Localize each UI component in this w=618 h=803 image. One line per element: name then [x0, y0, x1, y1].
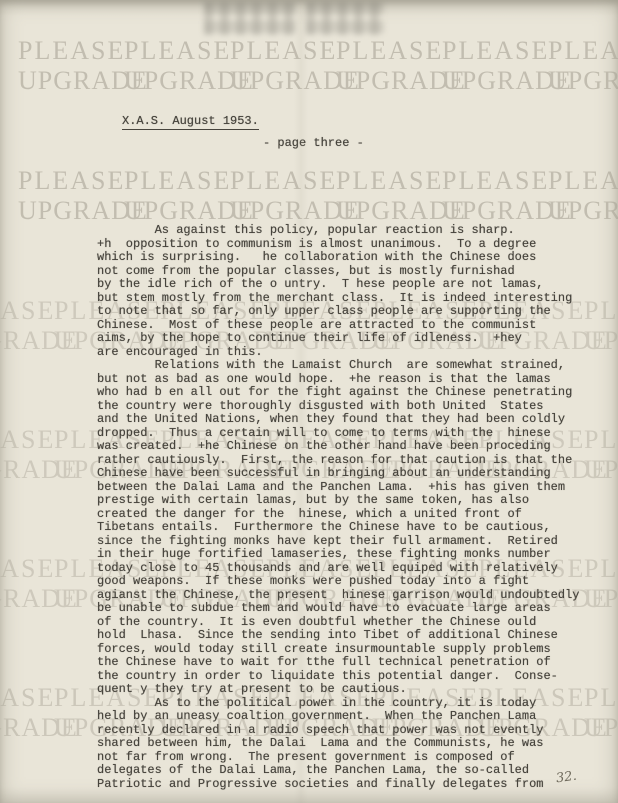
page-number-label: - page three -	[263, 136, 364, 150]
body-line: Chinese. Most of these people are attrac…	[97, 319, 602, 333]
body-line: to note that so far, only upper class pe…	[97, 305, 602, 319]
scanned-document-page: PLEASEUPGRADEPLEASEUPGRADEPLEASEUPGRADEP…	[0, 0, 618, 803]
body-line: the country were thoroughly disgusted wi…	[97, 400, 602, 414]
body-line: +h opposition to communism is almost una…	[97, 238, 602, 252]
document-body: As against this policy, popular reaction…	[97, 224, 602, 791]
body-line: As to the political power in the country…	[97, 697, 602, 711]
body-line: shared between him, the Dalai Lama and t…	[97, 737, 602, 751]
body-line: Patriotic and Progressive societies and …	[97, 778, 602, 792]
body-line: are encouraged in this.	[97, 346, 602, 360]
document-title: X.A.S. August 1953.	[122, 114, 259, 130]
body-line: today close to 45 thousands and are well…	[97, 562, 602, 576]
body-line: not far from wrong. The present governme…	[97, 751, 602, 765]
body-line: be unable to subdue them and would have …	[97, 602, 602, 616]
body-line: prestige with certain lamas, but by the …	[97, 494, 602, 508]
body-line: of the country. It is even doubtful whet…	[97, 616, 602, 630]
handwritten-page-number: 32.	[555, 769, 578, 787]
body-line: delegates of the Dalai Lama, the Panchen…	[97, 764, 602, 778]
body-line: in their huge fortified lamaseries, thes…	[97, 548, 602, 562]
typewritten-content: X.A.S. August 1953. - page three - As ag…	[0, 0, 618, 803]
body-line: Relations with the Lamaist Church are so…	[97, 359, 602, 373]
body-line: was created. +he Chinese on the other ha…	[97, 440, 602, 454]
body-line: but not as bad as one would hope. +he re…	[97, 373, 602, 387]
document-header: X.A.S. August 1953.	[122, 114, 259, 130]
body-line: not come from the popular classes, but i…	[97, 265, 602, 279]
body-line: As against this policy, popular reaction…	[97, 224, 602, 238]
body-line: who had b en all out for the fight again…	[97, 386, 602, 400]
body-line: between the Dalai Lama and the Panchen L…	[97, 481, 602, 495]
body-line: created the danger for the hinese, which…	[97, 508, 602, 522]
body-line: good weapons. If these monks were pushed…	[97, 575, 602, 589]
body-line: rather cautiously. First, the reason for…	[97, 454, 602, 468]
body-line: and the United Nations, when they found …	[97, 413, 602, 427]
body-line: by the idle rich of the o untry. T hese …	[97, 278, 602, 292]
body-line: hold Lhasa. Since the sending into Tibet…	[97, 629, 602, 643]
body-line: aims, by the hope to continue their life…	[97, 332, 602, 346]
body-line: the country in order to liquidate this p…	[97, 670, 602, 684]
body-line: held by an uneasy coaltion government. W…	[97, 710, 602, 724]
body-line: dropped. Thus a certain will to come to …	[97, 427, 602, 441]
body-line: Chinese have been successful in bringing…	[97, 467, 602, 481]
body-line: the Chinese have to wait for tthe full t…	[97, 656, 602, 670]
body-line: since the fighting monks have kept their…	[97, 535, 602, 549]
body-line: which is surprising. he collaboration wi…	[97, 251, 602, 265]
body-line: forces, would today still create insurmo…	[97, 643, 602, 657]
body-line: recently declared in a radio speech that…	[97, 724, 602, 738]
body-line: but stem mostly from the merchant class.…	[97, 292, 602, 306]
body-line: Tibetans entails. Furthermore the Chines…	[97, 521, 602, 535]
body-line: agianst the Chinese, the present hinese …	[97, 589, 602, 603]
body-line: quent y they try at present to be cautio…	[97, 683, 602, 697]
